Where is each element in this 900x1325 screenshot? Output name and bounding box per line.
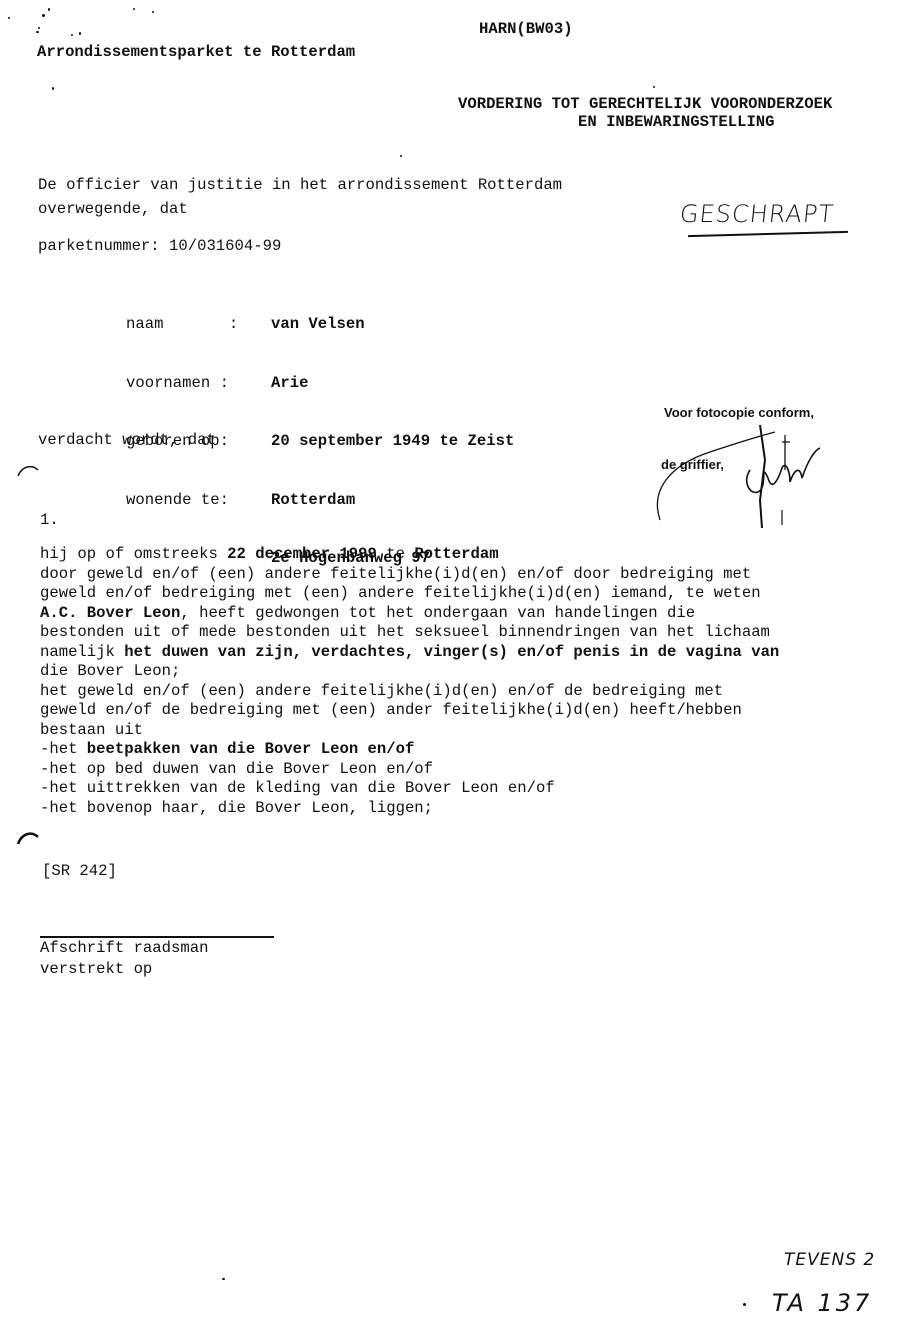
document-code-text: HARN(BW03) <box>479 20 573 38</box>
document-code: HARN(BW03) <box>479 20 573 40</box>
intro-line-2: overwegende, dat <box>38 200 188 220</box>
charge-line: bestaan uit <box>40 721 779 741</box>
charge-line-segment: beetpakken van die Bover Leon en/of <box>87 740 415 758</box>
office-name: Arrondissementsparket te Rotterdam <box>37 43 355 63</box>
charge-line-segment: 22 december 1999 <box>227 545 377 563</box>
charge-line-segment: -het op bed duwen van die Bover Leon en/… <box>40 760 433 778</box>
charge-number: 1. <box>40 511 59 531</box>
charge-line: -het bovenop haar, die Bover Leon, ligge… <box>40 799 779 819</box>
charge-line-segment: geweld en/of bedreiging met (een) andere… <box>40 584 761 602</box>
stamp-underline <box>688 231 848 237</box>
charge-line-segment: -het uittrekken van de kleding van die B… <box>40 779 555 797</box>
charge-line-segment: hij op of omstreeks <box>40 545 227 563</box>
charge-line-segment: bestaan uit <box>40 721 143 739</box>
charge-line: het geweld en/of (een) andere feitelijkh… <box>40 682 779 702</box>
charge-line: door geweld en/of (een) andere feitelijk… <box>40 565 779 585</box>
intro-line-1-text: De officier van justitie in het arrondis… <box>38 176 562 194</box>
suspect-label: wonende te: <box>126 491 271 511</box>
charge-line-segment: namelijk <box>40 643 124 661</box>
charge-line: -het op bed duwen van die Bover Leon en/… <box>40 760 779 780</box>
charge-line-segment: die Bover Leon; <box>40 662 180 680</box>
punch-mark <box>16 462 40 478</box>
suspect-row-firstnames: voornamen :Arie <box>126 374 514 394</box>
handwritten-note-2: TA 137 <box>772 1289 872 1317</box>
charge-line-segment: geweld en/of de bedreiging met (een) and… <box>40 701 742 719</box>
charge-line: geweld en/of de bedreiging met (een) and… <box>40 701 779 721</box>
handwritten-stamp: GESCHRAPT <box>680 200 850 240</box>
charge-line: namelijk het duwen van zijn, verdachtes,… <box>40 643 779 663</box>
intro-line-1: De officier van justitie in het arrondis… <box>38 176 562 196</box>
charge-body: hij op of omstreeks 22 december 1999 te … <box>40 545 779 818</box>
charge-line: -het beetpakken van die Bover Leon en/of <box>40 740 779 760</box>
stamp-text: GESCHRAPT <box>679 200 852 228</box>
charge-line: geweld en/of bedreiging met (een) andere… <box>40 584 779 604</box>
griffier-signature <box>650 420 840 530</box>
suspect-row-residence: wonende te:Rotterdam <box>126 491 514 511</box>
charge-line-segment: te <box>377 545 414 563</box>
punch-mark <box>16 828 40 846</box>
signature-line <box>40 936 274 938</box>
charge-line: -het uittrekken van de kleding van die B… <box>40 779 779 799</box>
charge-line-segment: Rotterdam <box>414 545 498 563</box>
copy-note-line-2: verstrekt op <box>40 960 152 980</box>
suspect-label: voornamen : <box>126 374 271 394</box>
document-title-line2: EN INBEWARINGSTELLING <box>578 113 775 133</box>
document-title-line1: VORDERING TOT GERECHTELIJK VOORONDERZOEK <box>458 95 832 115</box>
charge-line-segment: door geweld en/of (een) andere feitelijk… <box>40 565 751 583</box>
suspect-value: Rotterdam <box>271 491 355 511</box>
suspect-value: van Velsen <box>271 315 365 335</box>
charge-line: A.C. Bover Leon, heeft gedwongen tot het… <box>40 604 779 624</box>
charge-line: bestonden uit of mede bestonden uit het … <box>40 623 779 643</box>
suspect-label: naam : <box>126 315 271 335</box>
handwritten-note-1: TEVENS 2 <box>784 1250 875 1270</box>
charge-line-segment: , heeft gedwongen tot het ondergaan van … <box>180 604 695 622</box>
suspect-row-name: naam :van Velsen <box>126 315 514 335</box>
charge-line-segment: bestonden uit of mede bestonden uit het … <box>40 623 770 641</box>
copy-note-line-1: Afschrift raadsman <box>40 939 208 959</box>
charge-line-segment: -het <box>40 740 87 758</box>
parket-number: parketnummer: 10/031604-99 <box>38 237 281 257</box>
charge-line: die Bover Leon; <box>40 662 779 682</box>
parket-label: parketnummer: <box>38 237 160 255</box>
suspect-value: 20 september 1949 te Zeist <box>271 432 514 452</box>
certification-line-1: Voor fotocopie conform, <box>664 405 814 420</box>
suspicion-intro: verdacht wordt, dat <box>38 431 216 451</box>
charge-line-segment: het duwen van zijn, verdachtes, vinger(s… <box>124 643 779 661</box>
charge-line-segment: A.C. Bover Leon <box>40 604 180 622</box>
article-reference: [SR 242] <box>42 862 117 882</box>
charge-line-segment: het geweld en/of (een) andere feitelijkh… <box>40 682 723 700</box>
suspect-value: Arie <box>271 374 308 394</box>
charge-line: hij op of omstreeks 22 december 1999 te … <box>40 545 779 565</box>
charge-line-segment: -het bovenop haar, die Bover Leon, ligge… <box>40 799 433 817</box>
parket-value: 10/031604-99 <box>169 237 281 255</box>
